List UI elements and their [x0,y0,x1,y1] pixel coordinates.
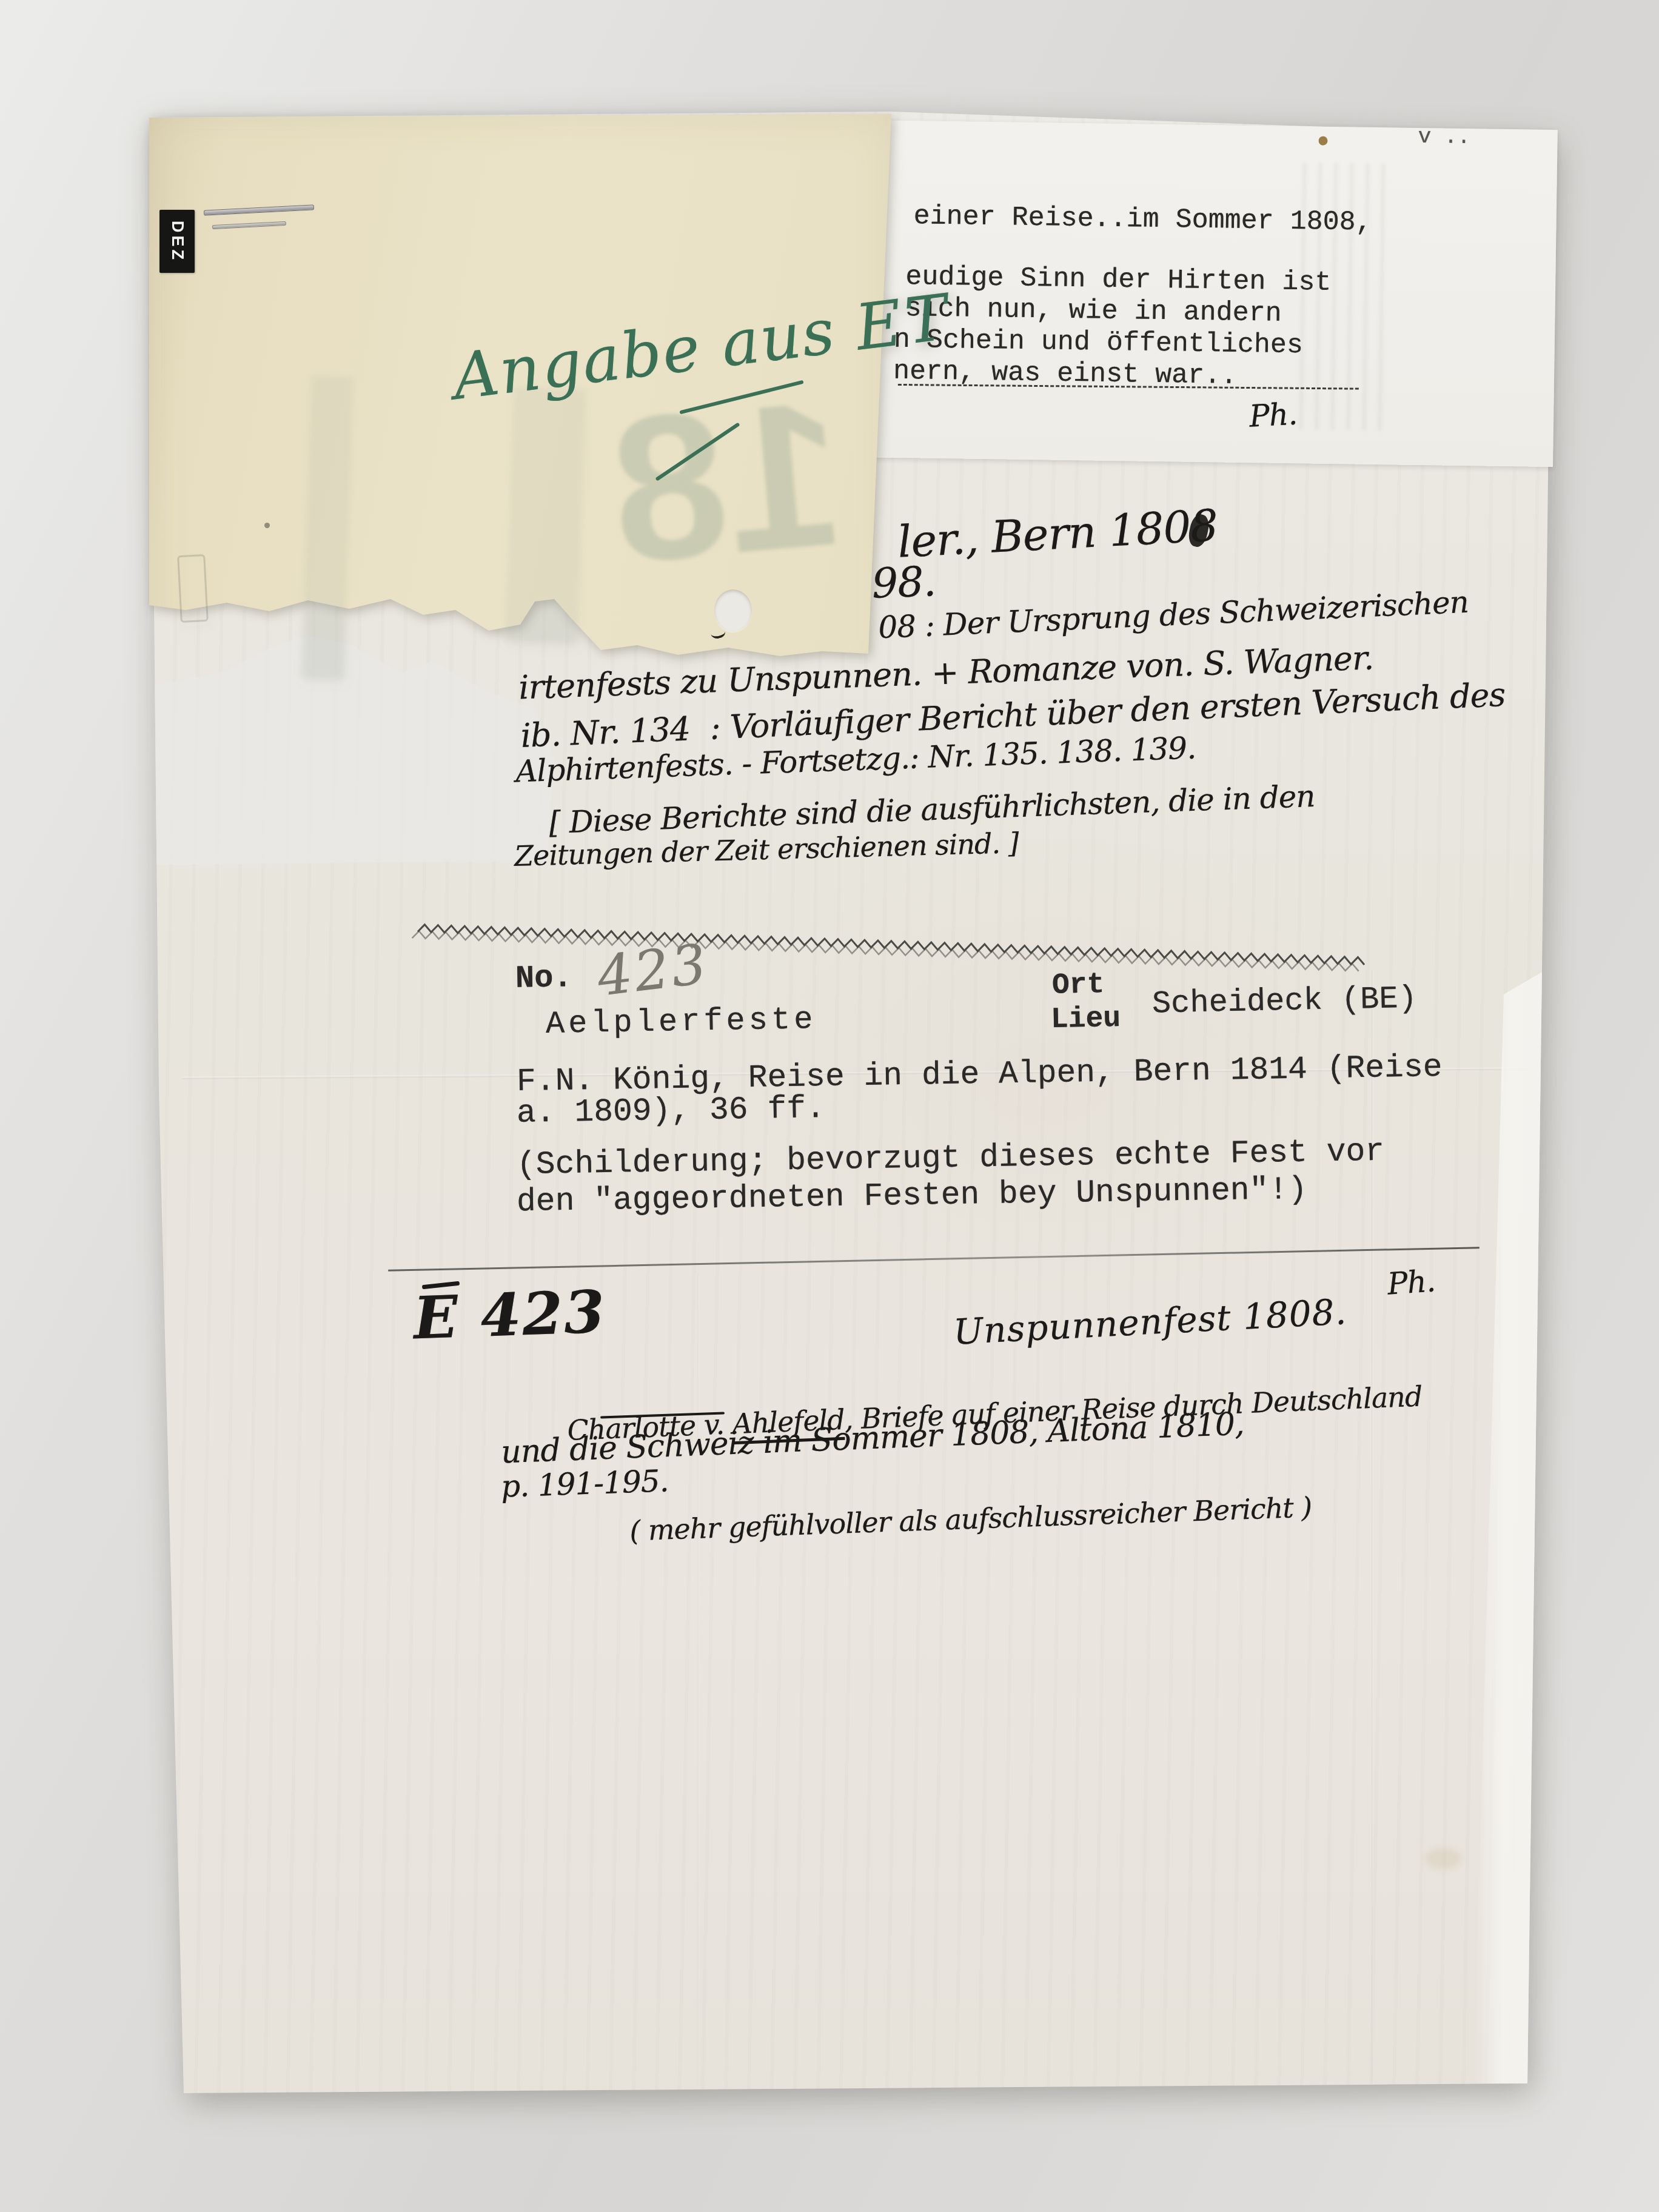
ghost-stamp-box [177,554,209,623]
green-annotation-text: Angabe aus [449,291,860,414]
month-tab-label: DEZ [168,221,187,263]
month-tab-dez: DEZ [159,210,195,273]
photo-of-archive-sheet: ler., Bern 1808 98. 08 : Der Ursprung de… [0,0,1659,2212]
note-speck [264,523,270,528]
stapled-note: 18 DEZ Angabe aus ET [0,0,1659,2212]
green-annotation-em: ET [851,280,955,364]
punch-hole [714,589,752,632]
